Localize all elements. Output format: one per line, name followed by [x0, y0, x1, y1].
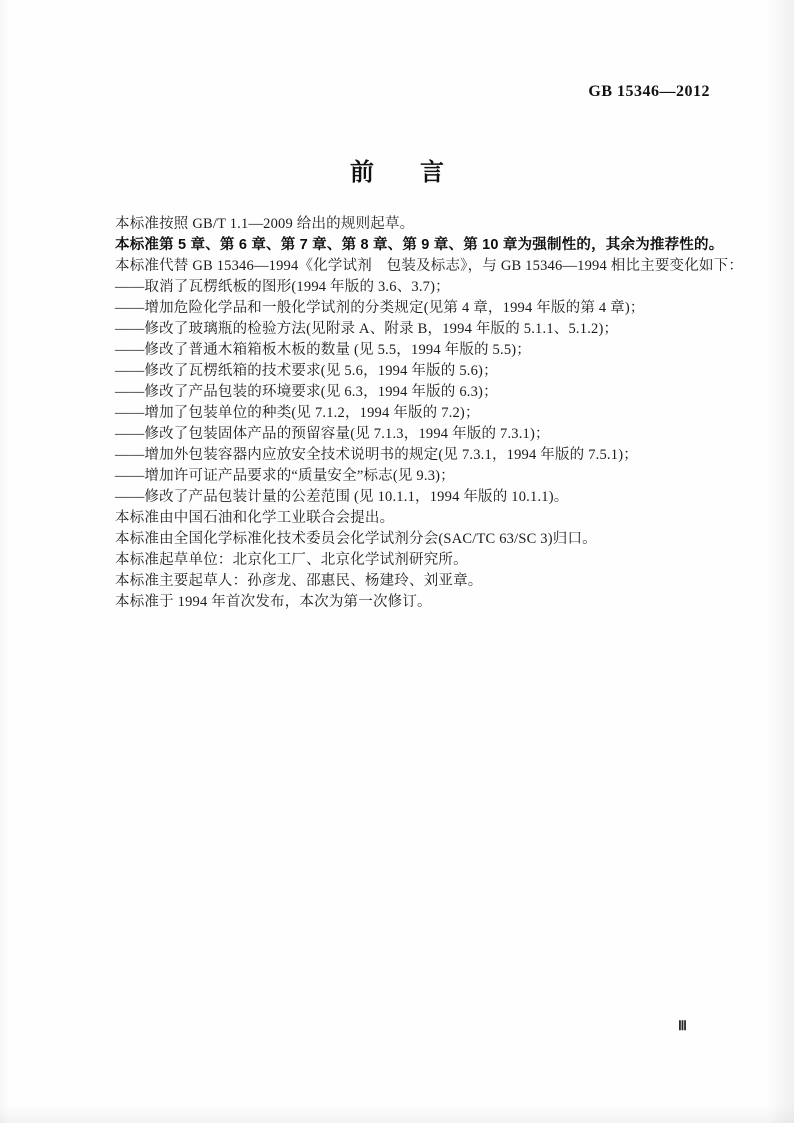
foreword-line: ——修改了包装固体产品的预留容量(见 7.1.3，1994 年版的 7.3.1)…	[115, 424, 715, 445]
foreword-line: 本标准由全国化学标准化技术委员会化学试剂分会(SAC/TC 63/SC 3)归口…	[115, 529, 715, 550]
foreword-line: 本标准主要起草人：孙彦龙、邵惠民、杨建玲、刘亚章。	[115, 571, 715, 592]
foreword-line: 本标准第 5 章、第 6 章、第 7 章、第 8 章、第 9 章、第 10 章为…	[115, 235, 715, 256]
foreword-line: ——取消了瓦楞纸板的图形(1994 年版的 3.6、3.7)；	[115, 277, 715, 298]
document-page: GB 15346—2012 前言 本标准按照 GB/T 1.1—2009 给出的…	[0, 0, 794, 1123]
foreword-body: 本标准按照 GB/T 1.1—2009 给出的规则起草。本标准第 5 章、第 6…	[115, 214, 715, 613]
foreword-title-char-left: 前	[350, 159, 374, 186]
foreword-line: 本标准于 1994 年首次发布，本次为第一次修订。	[115, 592, 715, 613]
foreword-line: 本标准由中国石油和化学工业联合会提出。	[115, 508, 715, 529]
foreword-line: ——增加许可证产品要求的“质量安全”标志(见 9.3)；	[115, 466, 715, 487]
foreword-line: ——修改了普通木箱箱板木板的数量 (见 5.5，1994 年版的 5.5)；	[115, 340, 715, 361]
foreword-title-char-right: 言	[420, 159, 444, 186]
foreword-line: ——修改了玻璃瓶的检验方法(见附录 A、附录 B，1994 年版的 5.1.1、…	[115, 319, 715, 340]
foreword-line: ——修改了产品包装的环境要求(见 6.3，1994 年版的 6.3)；	[115, 382, 715, 403]
standard-code: GB 15346—2012	[588, 83, 710, 101]
foreword-title: 前言	[0, 152, 794, 187]
foreword-line: ——增加了包装单位的种类(见 7.1.2，1994 年版的 7.2)；	[115, 403, 715, 424]
foreword-line: ——增加危险化学品和一般化学试剂的分类规定(见第 4 章，1994 年版的第 4…	[115, 298, 715, 319]
page-number: Ⅲ	[678, 1018, 687, 1034]
foreword-line: 本标准起草单位：北京化工厂、北京化学试剂研究所。	[115, 550, 715, 571]
foreword-line: 本标准按照 GB/T 1.1—2009 给出的规则起草。	[115, 214, 715, 235]
foreword-line: 本标准代替 GB 15346—1994《化学试剂 包装及标志》，与 GB 153…	[115, 256, 715, 277]
foreword-line: ——增加外包装容器内应放安全技术说明书的规定(见 7.3.1，1994 年版的 …	[115, 445, 715, 466]
foreword-line: ——修改了瓦楞纸箱的技术要求(见 5.6，1994 年版的 5.6)；	[115, 361, 715, 382]
foreword-line: ——修改了产品包装计量的公差范围 (见 10.1.1，1994 年版的 10.1…	[115, 487, 715, 508]
